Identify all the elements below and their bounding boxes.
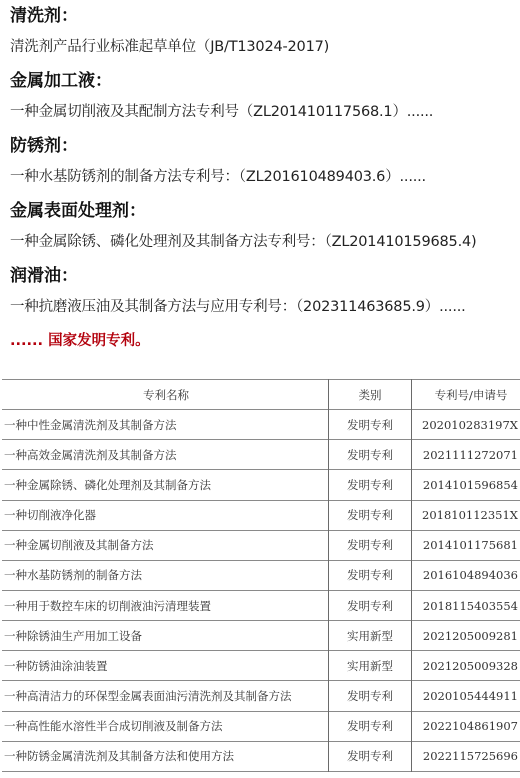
section-heading-metalworking-fluid: 金属加工液： — [10, 68, 520, 95]
cell-patent-name: 一种中性金属清洗剂及其制备方法 — [2, 410, 329, 440]
cell-patent-number: 2021205009281 — [412, 621, 520, 651]
patent-intro: 清洗剂： 清洗剂产品行业标准起草单位（JB/T13024-2017) 金属加工液… — [10, 0, 520, 354]
table-row: 一种防锈金属清洗剂及其制备方法和使用方法 发明专利 2022115725696 — [2, 741, 520, 771]
section-text-lubricant: 一种抗磨液压油及其制备方法与应用专利号：（202311463685.9）....… — [10, 290, 520, 325]
patent-table: 专利名称 类别 专利号/申请号 一种中性金属清洗剂及其制备方法 发明专利 202… — [2, 379, 520, 772]
cell-patent-number: 2016104894036 — [412, 560, 520, 590]
cell-patent-number: 202010283197X — [412, 410, 520, 440]
header-patent-number: 专利号/申请号 — [412, 380, 520, 410]
cell-category: 发明专利 — [329, 741, 412, 771]
cell-category: 发明专利 — [329, 681, 412, 711]
cell-patent-name: 一种除锈油生产用加工设备 — [2, 621, 329, 651]
invention-patent-note: ...... 国家发明专利。 — [10, 328, 520, 354]
section-heading-lubricant: 润滑油： — [10, 263, 520, 290]
cell-category: 发明专利 — [329, 711, 412, 741]
section-heading-cleaner: 清洗剂： — [10, 3, 520, 30]
table-row: 一种中性金属清洗剂及其制备方法 发明专利 202010283197X — [2, 410, 520, 440]
cell-patent-name: 一种防锈油涂油装置 — [2, 651, 329, 681]
header-category: 类别 — [329, 380, 412, 410]
cell-patent-name: 一种金属除锈、磷化处理剂及其制备方法 — [2, 470, 329, 500]
table-row: 一种高清洁力的环保型金属表面油污清洗剂及其制备方法 发明专利 202010544… — [2, 681, 520, 711]
section-text-rust-inhibitor: 一种水基防锈剂的制备方法专利号：（ZL201610489403.6）...... — [10, 160, 520, 195]
cell-patent-name: 一种用于数控车床的切削液油污清理装置 — [2, 590, 329, 620]
cell-patent-name: 一种高效金属清洗剂及其制备方法 — [2, 440, 329, 470]
cell-patent-name: 一种金属切削液及其制备方法 — [2, 530, 329, 560]
table-row: 一种金属除锈、磷化处理剂及其制备方法 发明专利 2014101596854 — [2, 470, 520, 500]
cell-patent-number: 2022104861907 — [412, 711, 520, 741]
cell-patent-number: 2022115725696 — [412, 741, 520, 771]
cell-patent-number: 201810112351X — [412, 500, 520, 530]
cell-patent-name: 一种高性能水溶性半合成切削液及制备方法 — [2, 711, 329, 741]
cell-patent-name: 一种切削液净化器 — [2, 500, 329, 530]
cell-patent-number: 2018115403554 — [412, 590, 520, 620]
section-text-surface-treatment: 一种金属除锈、磷化处理剂及其制备方法专利号：（ZL201410159685.4) — [10, 225, 520, 260]
cell-category: 实用新型 — [329, 651, 412, 681]
cell-patent-number: 2021205009328 — [412, 651, 520, 681]
section-heading-surface-treatment: 金属表面处理剂： — [10, 198, 520, 225]
cell-patent-number: 2014101596854 — [412, 470, 520, 500]
section-text-metalworking-fluid: 一种金属切削液及其配制方法专利号（ZL201410117568.1）...... — [10, 95, 520, 130]
header-patent-name: 专利名称 — [2, 380, 329, 410]
section-text-cleaner: 清洗剂产品行业标准起草单位（JB/T13024-2017) — [10, 30, 520, 65]
cell-patent-name: 一种高清洁力的环保型金属表面油污清洗剂及其制备方法 — [2, 681, 329, 711]
cell-patent-number: 2014101175681 — [412, 530, 520, 560]
cell-patent-number: 2021111272071 — [412, 440, 520, 470]
table-row: 一种高性能水溶性半合成切削液及制备方法 发明专利 2022104861907 — [2, 711, 520, 741]
table-row: 一种切削液净化器 发明专利 201810112351X — [2, 500, 520, 530]
cell-category: 发明专利 — [329, 500, 412, 530]
table-row: 一种用于数控车床的切削液油污清理装置 发明专利 2018115403554 — [2, 590, 520, 620]
table-header-row: 专利名称 类别 专利号/申请号 — [2, 380, 520, 410]
table-row: 一种高效金属清洗剂及其制备方法 发明专利 2021111272071 — [2, 440, 520, 470]
table-row: 一种金属切削液及其制备方法 发明专利 2014101175681 — [2, 530, 520, 560]
cell-category: 发明专利 — [329, 410, 412, 440]
cell-patent-name: 一种防锈金属清洗剂及其制备方法和使用方法 — [2, 741, 329, 771]
table-row: 一种水基防锈剂的制备方法 发明专利 2016104894036 — [2, 560, 520, 590]
cell-category: 实用新型 — [329, 621, 412, 651]
cell-category: 发明专利 — [329, 560, 412, 590]
cell-category: 发明专利 — [329, 440, 412, 470]
cell-patent-name: 一种水基防锈剂的制备方法 — [2, 560, 329, 590]
cell-patent-number: 2020105444911 — [412, 681, 520, 711]
table-row: 一种防锈油涂油装置 实用新型 2021205009328 — [2, 651, 520, 681]
table-row: 一种除锈油生产用加工设备 实用新型 2021205009281 — [2, 621, 520, 651]
section-heading-rust-inhibitor: 防锈剂： — [10, 133, 520, 160]
cell-category: 发明专利 — [329, 590, 412, 620]
cell-category: 发明专利 — [329, 470, 412, 500]
cell-category: 发明专利 — [329, 530, 412, 560]
